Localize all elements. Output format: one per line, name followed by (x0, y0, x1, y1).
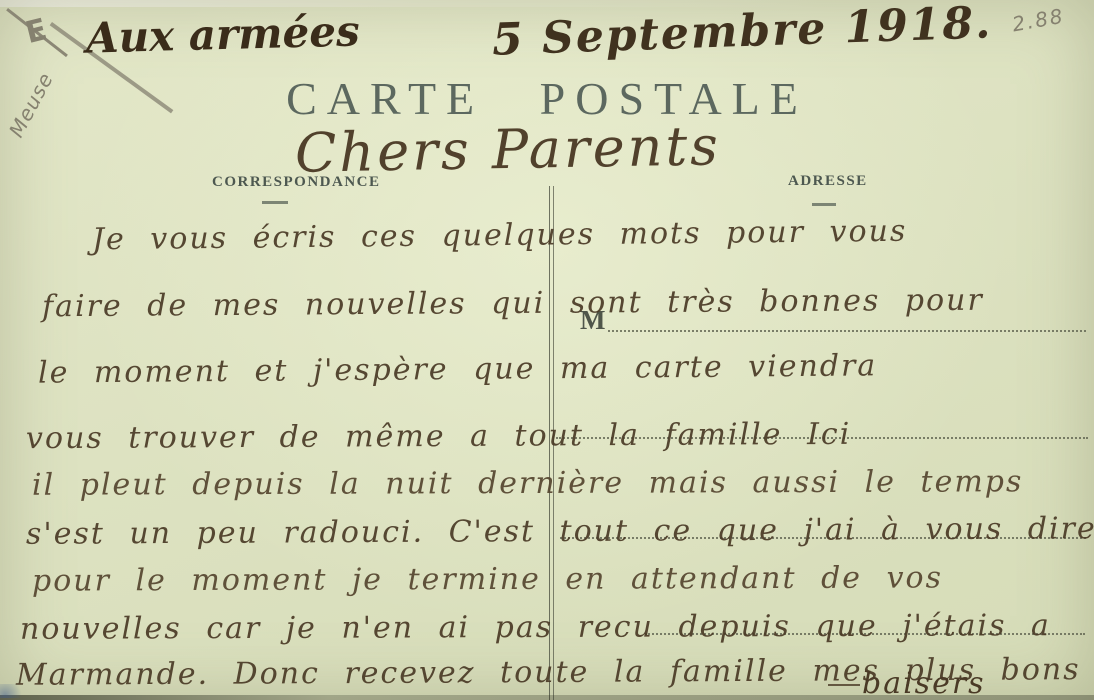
message-line: le moment et j'espère que ma carte viend… (38, 348, 878, 390)
scan-edge-corner (0, 684, 26, 698)
message-line: nouvelles car je n'en ai pas recu depuis… (20, 608, 1051, 647)
scan-edge-bottom (0, 695, 1094, 700)
address-dotted-line (608, 330, 1086, 332)
message-line: vous trouver de même a tout la famille I… (26, 417, 851, 456)
message-line: il pleut depuis la nuit dernière mais au… (32, 464, 1024, 502)
postcard-scan: E Meuse 2.88 Aux armées 5 Septembre 1918… (0, 0, 1094, 700)
pencil-initial: E (22, 12, 50, 51)
handwritten-sector-note: Aux armées (85, 6, 360, 62)
address-label-dash (812, 203, 836, 206)
message-line: pour le moment je termine en attendant d… (32, 560, 943, 598)
message-line: s'est un peu radouci. C'est tout ce que … (26, 511, 1094, 552)
address-label: ADRESSE (788, 173, 868, 190)
handwritten-salutation: Chers Parents (294, 114, 721, 184)
message-line: faire de mes nouvelles qui sont très bon… (42, 283, 984, 325)
pencil-price-note: 2.88 (1010, 4, 1066, 37)
closing-flourish-dash (828, 684, 860, 686)
correspondence-label-dash (262, 201, 288, 204)
handwritten-date: 5 Septembre 1918. (491, 0, 993, 66)
message-line: Je vous écris ces quelques mots pour vou… (92, 214, 908, 258)
